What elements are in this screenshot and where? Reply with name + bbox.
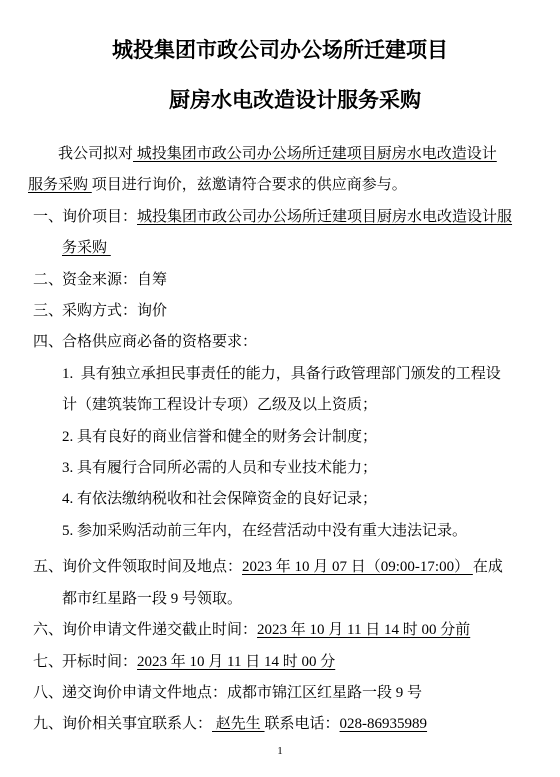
project-name-underline: 服务采购 bbox=[28, 177, 92, 193]
item-text: 在成 bbox=[473, 559, 503, 575]
item-label: 询价文件领取时间及地点： bbox=[62, 559, 242, 575]
document-collection-line-1: 询价文件领取时间及地点：2023 年 10 月 07 日（09:00-17:00… bbox=[62, 552, 560, 583]
intro-paragraph-line-2: 服务采购 项目进行询价，兹邀请符合要求的供应商参与。 bbox=[28, 170, 560, 201]
project-name-underline: 城投集团市政公司办公场所迁建项目厨房水电改造设计 bbox=[133, 146, 497, 162]
list-item-funding-source: 二、 资金来源：自筹 bbox=[62, 265, 560, 296]
requirement-1-line-1: 1. 具有独立承担民事责任的能力，具备行政管理部门颁发的工程设 bbox=[62, 359, 560, 390]
document-page: 城投集团市政公司办公场所迁建项目 厨房水电改造设计服务采购 我公司拟对 城投集团… bbox=[0, 0, 560, 777]
page-title-line-1: 城投集团市政公司办公场所迁建项目 bbox=[0, 0, 560, 62]
procurement-method-text: 采购方式：询价 bbox=[62, 296, 560, 327]
list-item-submission-deadline: 六、 询价申请文件递交截止时间：2023 年 10 月 11 日 14 时 00… bbox=[62, 615, 560, 646]
requirement-3: 3. 具有履行合同所必需的人员和专业技术能力； bbox=[62, 453, 560, 484]
qualification-heading: 合格供应商必备的资格要求： bbox=[62, 327, 560, 358]
requirement-4: 4. 有依法缴纳税收和社会保障资金的良好记录； bbox=[62, 484, 560, 515]
item-marker-2: 二、 bbox=[33, 265, 63, 296]
list-item-submission-location: 八、 递交询价申请文件地点：成都市锦江区红星路一段 9 号 bbox=[62, 678, 560, 709]
collection-datetime-underline: 2023 年 10 月 07 日（09:00-17:00） bbox=[242, 559, 473, 575]
item-marker-7: 七、 bbox=[33, 647, 63, 678]
intro-text: 项目进行询价，兹邀请符合要求的供应商参与。 bbox=[92, 177, 407, 193]
funding-source-text: 资金来源：自筹 bbox=[62, 265, 560, 296]
document-body: 我公司拟对 城投集团市政公司办公场所迁建项目厨房水电改造设计 服务采购 项目进行… bbox=[0, 139, 560, 741]
list-item-procurement-method: 三、 采购方式：询价 bbox=[62, 296, 560, 327]
inquiry-project-line-2: 务采购 bbox=[62, 233, 560, 264]
intro-text: 我公司拟对 bbox=[58, 146, 133, 162]
list-item-document-collection: 五、 询价文件领取时间及地点：2023 年 10 月 07 日（09:00-17… bbox=[62, 552, 560, 615]
item-marker-1: 一、 bbox=[33, 202, 63, 233]
list-item-contact-info: 九、 询价相关事宜联系人： 赵先生 联系电话：028-86935989 bbox=[62, 709, 560, 740]
intro-paragraph-line-1: 我公司拟对 城投集团市政公司办公场所迁建项目厨房水电改造设计 bbox=[58, 139, 560, 170]
list-item-bid-opening-time: 七、 开标时间：2023 年 10 月 11 日 14 时 00 分 bbox=[62, 647, 560, 678]
item-marker-9: 九、 bbox=[33, 709, 63, 740]
item-marker-5: 五、 bbox=[33, 552, 63, 583]
item-marker-3: 三、 bbox=[33, 296, 63, 327]
item-label: 开标时间： bbox=[62, 654, 137, 670]
bid-opening-line: 开标时间：2023 年 10 月 11 日 14 时 00 分 bbox=[62, 647, 560, 678]
item-marker-4: 四、 bbox=[33, 327, 63, 358]
contact-phone-underline: 028-86935989 bbox=[340, 716, 428, 732]
list-item-inquiry-project: 一、 询价项目：城投集团市政公司办公场所迁建项目厨房水电改造设计服 务采购 bbox=[62, 202, 560, 265]
page-title-line-2: 厨房水电改造设计服务采购 bbox=[0, 88, 560, 112]
submission-location-text: 递交询价申请文件地点：成都市锦江区红星路一段 9 号 bbox=[62, 678, 560, 709]
inquiry-project-line-1: 询价项目：城投集团市政公司办公场所迁建项目厨房水电改造设计服 bbox=[62, 202, 560, 233]
item-text: 联系电话： bbox=[265, 716, 340, 732]
contact-name-underline: 赵先生 bbox=[212, 716, 265, 732]
requirement-2: 2. 具有良好的商业信誉和健全的财务会计制度； bbox=[62, 422, 560, 453]
bid-opening-datetime-underline: 2023 年 10 月 11 日 14 时 00 分 bbox=[137, 654, 335, 670]
contact-info-line: 询价相关事宜联系人： 赵先生 联系电话：028-86935989 bbox=[62, 709, 560, 740]
item-label: 询价相关事宜联系人： bbox=[62, 716, 212, 732]
item-marker-6: 六、 bbox=[33, 615, 63, 646]
item-label: 询价申请文件递交截止时间： bbox=[62, 622, 257, 638]
deadline-datetime-underline: 2023 年 10 月 11 日 14 时 00 分前 bbox=[257, 622, 470, 638]
project-name-underline: 务采购 bbox=[62, 240, 111, 256]
item-label: 询价项目： bbox=[62, 209, 137, 225]
page-number: 1 bbox=[0, 745, 560, 758]
project-name-underline: 城投集团市政公司办公场所迁建项目厨房水电改造设计服 bbox=[137, 209, 512, 225]
requirement-5: 5. 参加采购活动前三年内，在经营活动中没有重大违法记录。 bbox=[62, 516, 560, 547]
item-marker-8: 八、 bbox=[33, 678, 63, 709]
list-item-qualification-requirements: 四、 合格供应商必备的资格要求： 1. 具有独立承担民事责任的能力，具备行政管理… bbox=[62, 327, 560, 547]
submission-deadline-line: 询价申请文件递交截止时间：2023 年 10 月 11 日 14 时 00 分前 bbox=[62, 615, 560, 646]
document-collection-line-2: 都市红星路一段 9 号领取。 bbox=[62, 584, 560, 615]
requirement-1-line-2: 计（建筑装饰工程设计专项）乙级及以上资质； bbox=[62, 390, 560, 421]
